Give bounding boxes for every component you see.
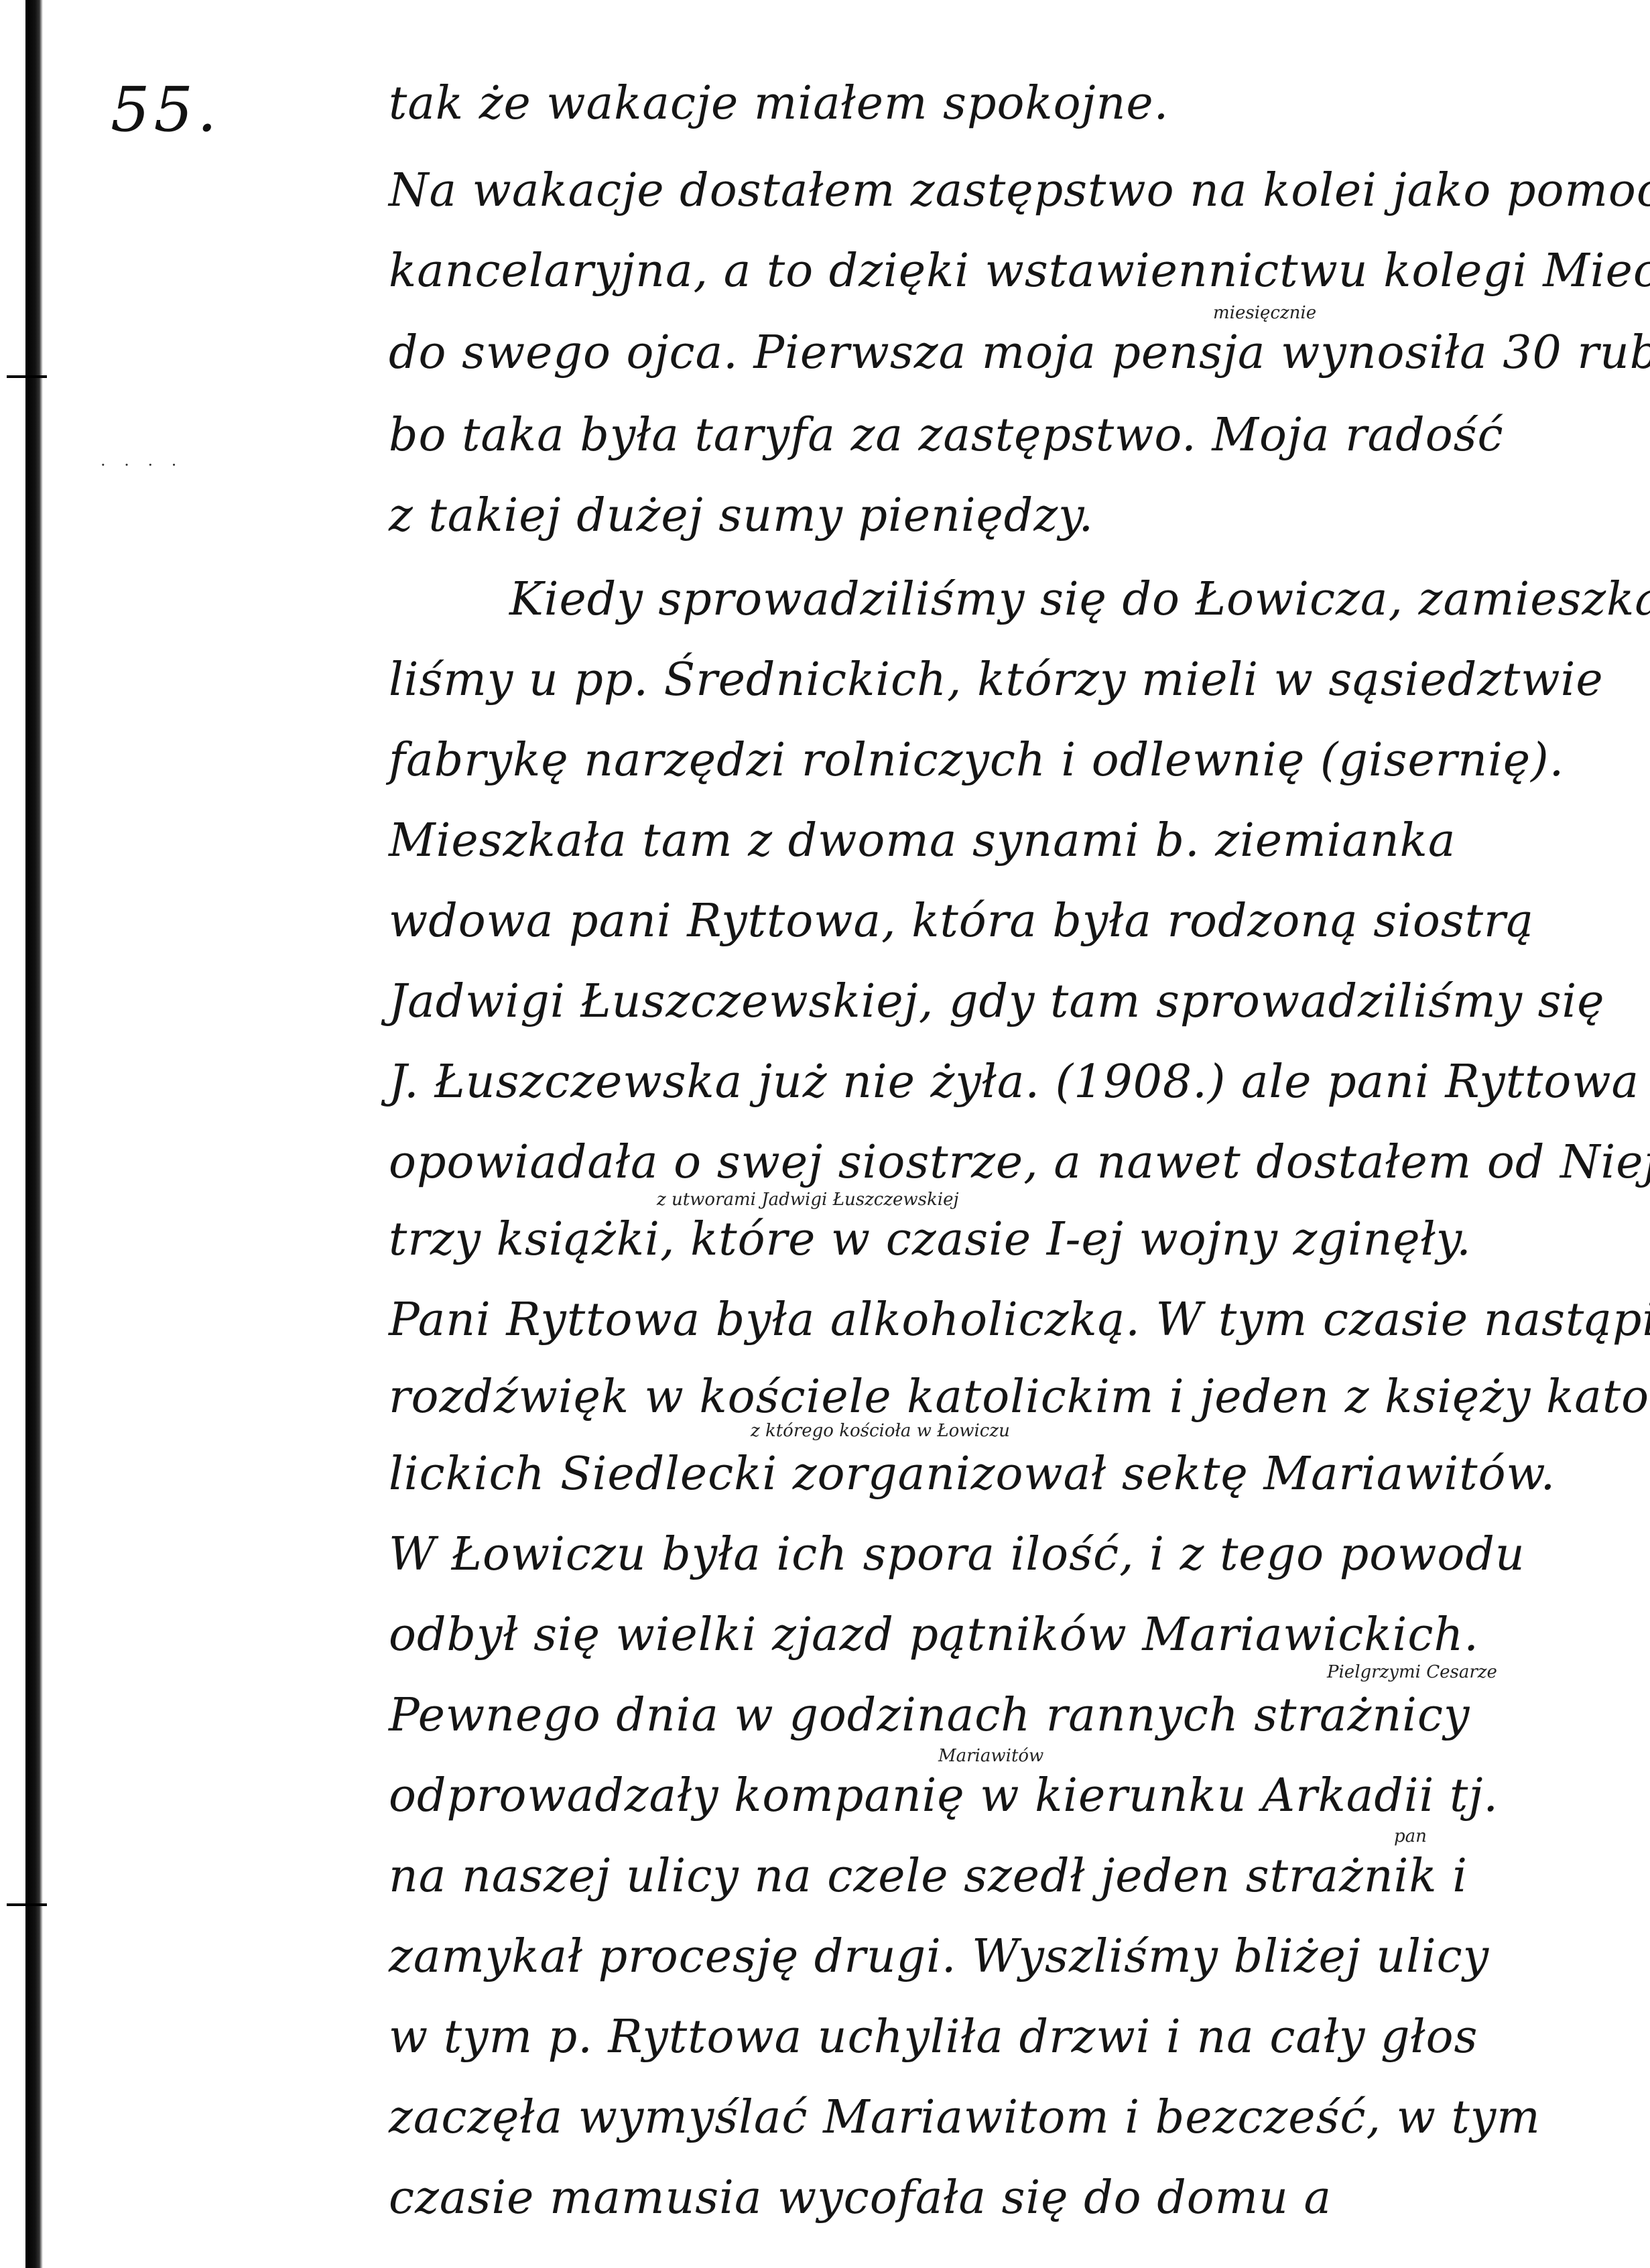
text-line: do swego ojca. Pierwsza moja pensja wyno… <box>389 326 1650 379</box>
binding-mark <box>7 375 47 378</box>
text-line: opowiadała o swej siostrze, a nawet dost… <box>389 1136 1650 1189</box>
text-line: odbył się wielki zjazd pątników Mariawic… <box>389 1609 1479 1661</box>
text-line: zaczęła wymyślać Mariawitom i bezcześć, … <box>389 2091 1541 2144</box>
text-line: trzy książki, które w czasie I-ej wojny … <box>389 1213 1472 1266</box>
text-line: odprowadzały kompanię w kierunku Arkadii… <box>389 1769 1499 1822</box>
text-line: Mieszkała tam z dwoma synami b. ziemiank… <box>389 814 1456 867</box>
text-line: Na wakacje dostałem zastępstwo na kolei … <box>389 164 1650 217</box>
binding-mark <box>7 1903 47 1906</box>
text-line: liśmy u pp. Średnickich, którzy mieli w … <box>389 653 1604 706</box>
text-line: na naszej ulicy na czele szedł jeden str… <box>389 1850 1468 1903</box>
interlinear-note: z utworami Jadwigi Łuszczewskiej <box>657 1190 959 1210</box>
book-binding-edge <box>25 0 43 2268</box>
interlinear-note: miesięcznie <box>1213 303 1316 323</box>
interlinear-note: z którego kościoła w Łowiczu <box>751 1421 1010 1441</box>
text-line: Pani Ryttowa była alkoholiczką. W tym cz… <box>389 1294 1650 1346</box>
interlinear-note: Mariawitów <box>938 1746 1043 1766</box>
paragraph-start-line: Kiedy sprowadziliśmy się do Łowicza, zam… <box>509 573 1650 626</box>
text-line: lickich Siedlecki zorganizował sektę Mar… <box>389 1448 1556 1501</box>
text-line: J. Łuszczewska już nie żyła. (1908.) ale… <box>389 1056 1639 1109</box>
text-line: W Łowiczu była ich spora ilość, i z tego… <box>389 1528 1525 1581</box>
text-line: z takiej dużej sumy pieniędzy. <box>389 489 1094 542</box>
text-line: tak że wakacje miałem spokojne. <box>389 77 1169 130</box>
interlinear-note: Pielgrzymi Cesarze <box>1327 1662 1497 1682</box>
page-number: 55. <box>111 74 220 145</box>
text-line: bo taka była taryfa za zastępstwo. Moja … <box>389 409 1504 462</box>
text-line: kancelaryjna, a to dzięki wstawiennictwu… <box>389 245 1650 298</box>
text-line: zamykał procesję drugi. Wyszliśmy bliżej… <box>389 1930 1489 1983</box>
text-line: rozdźwięk w kościele katolickim i jeden … <box>389 1371 1650 1424</box>
text-line: czasie mamusia wycofała się do domu a <box>389 2171 1332 2224</box>
text-line: wdowa pani Ryttowa, która była rodzoną s… <box>389 895 1534 948</box>
text-line: w tym p. Ryttowa uchyliła drzwi i na cał… <box>389 2011 1478 2064</box>
interlinear-note: pan <box>1394 1826 1427 1846</box>
text-line: Jadwigi Łuszczewskiej, gdy tam sprowadzi… <box>389 975 1605 1028</box>
text-line: Pewnego dnia w godzinach rannych strażni… <box>389 1689 1470 1742</box>
text-line: fabrykę narzędzi rolniczych i odlewnię (… <box>389 734 1564 787</box>
margin-marks: · · · · <box>101 456 183 475</box>
